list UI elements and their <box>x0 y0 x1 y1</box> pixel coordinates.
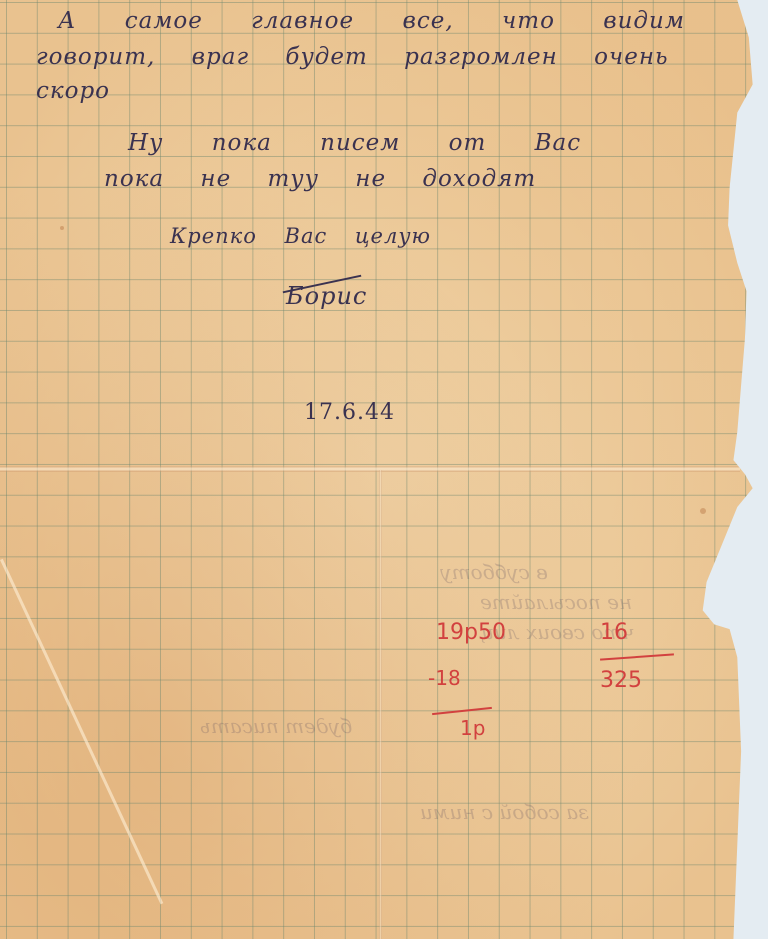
letter-line-4: Ну пока писем от Вас <box>128 130 581 156</box>
red-dividend: 19р50 <box>436 620 506 645</box>
letter-line-2: говорит, враг будет разгромлен очень <box>36 44 669 70</box>
letter-line-5: пока не туу не доходят <box>104 166 536 192</box>
letter-paper: в субботу не посылайте что своих лиц буд… <box>0 0 768 939</box>
bleed-through-text: в субботу <box>440 560 548 584</box>
stain-spot <box>60 226 64 230</box>
red-quotient: 325 <box>600 668 642 693</box>
signature: Борис <box>286 282 367 310</box>
red-subtraction: -18 <box>428 666 461 690</box>
closing-line: Крепко Вас целую <box>170 224 431 248</box>
stain-spot <box>700 508 706 514</box>
letter-line-3: скоро <box>36 78 110 104</box>
bleed-through-text: за собой с ними <box>420 800 589 824</box>
red-remainder: 1р <box>460 716 485 740</box>
bleed-through-text: не посылайте <box>480 590 632 614</box>
vertical-fold <box>379 470 382 939</box>
bleed-through-text: будет писать <box>200 714 352 738</box>
letter-line-1: А самое главное все, что видим <box>58 8 685 34</box>
letter-date: 17.6.44 <box>304 400 395 425</box>
horizontal-fold <box>0 466 740 472</box>
red-divisor: 16 <box>600 620 628 645</box>
